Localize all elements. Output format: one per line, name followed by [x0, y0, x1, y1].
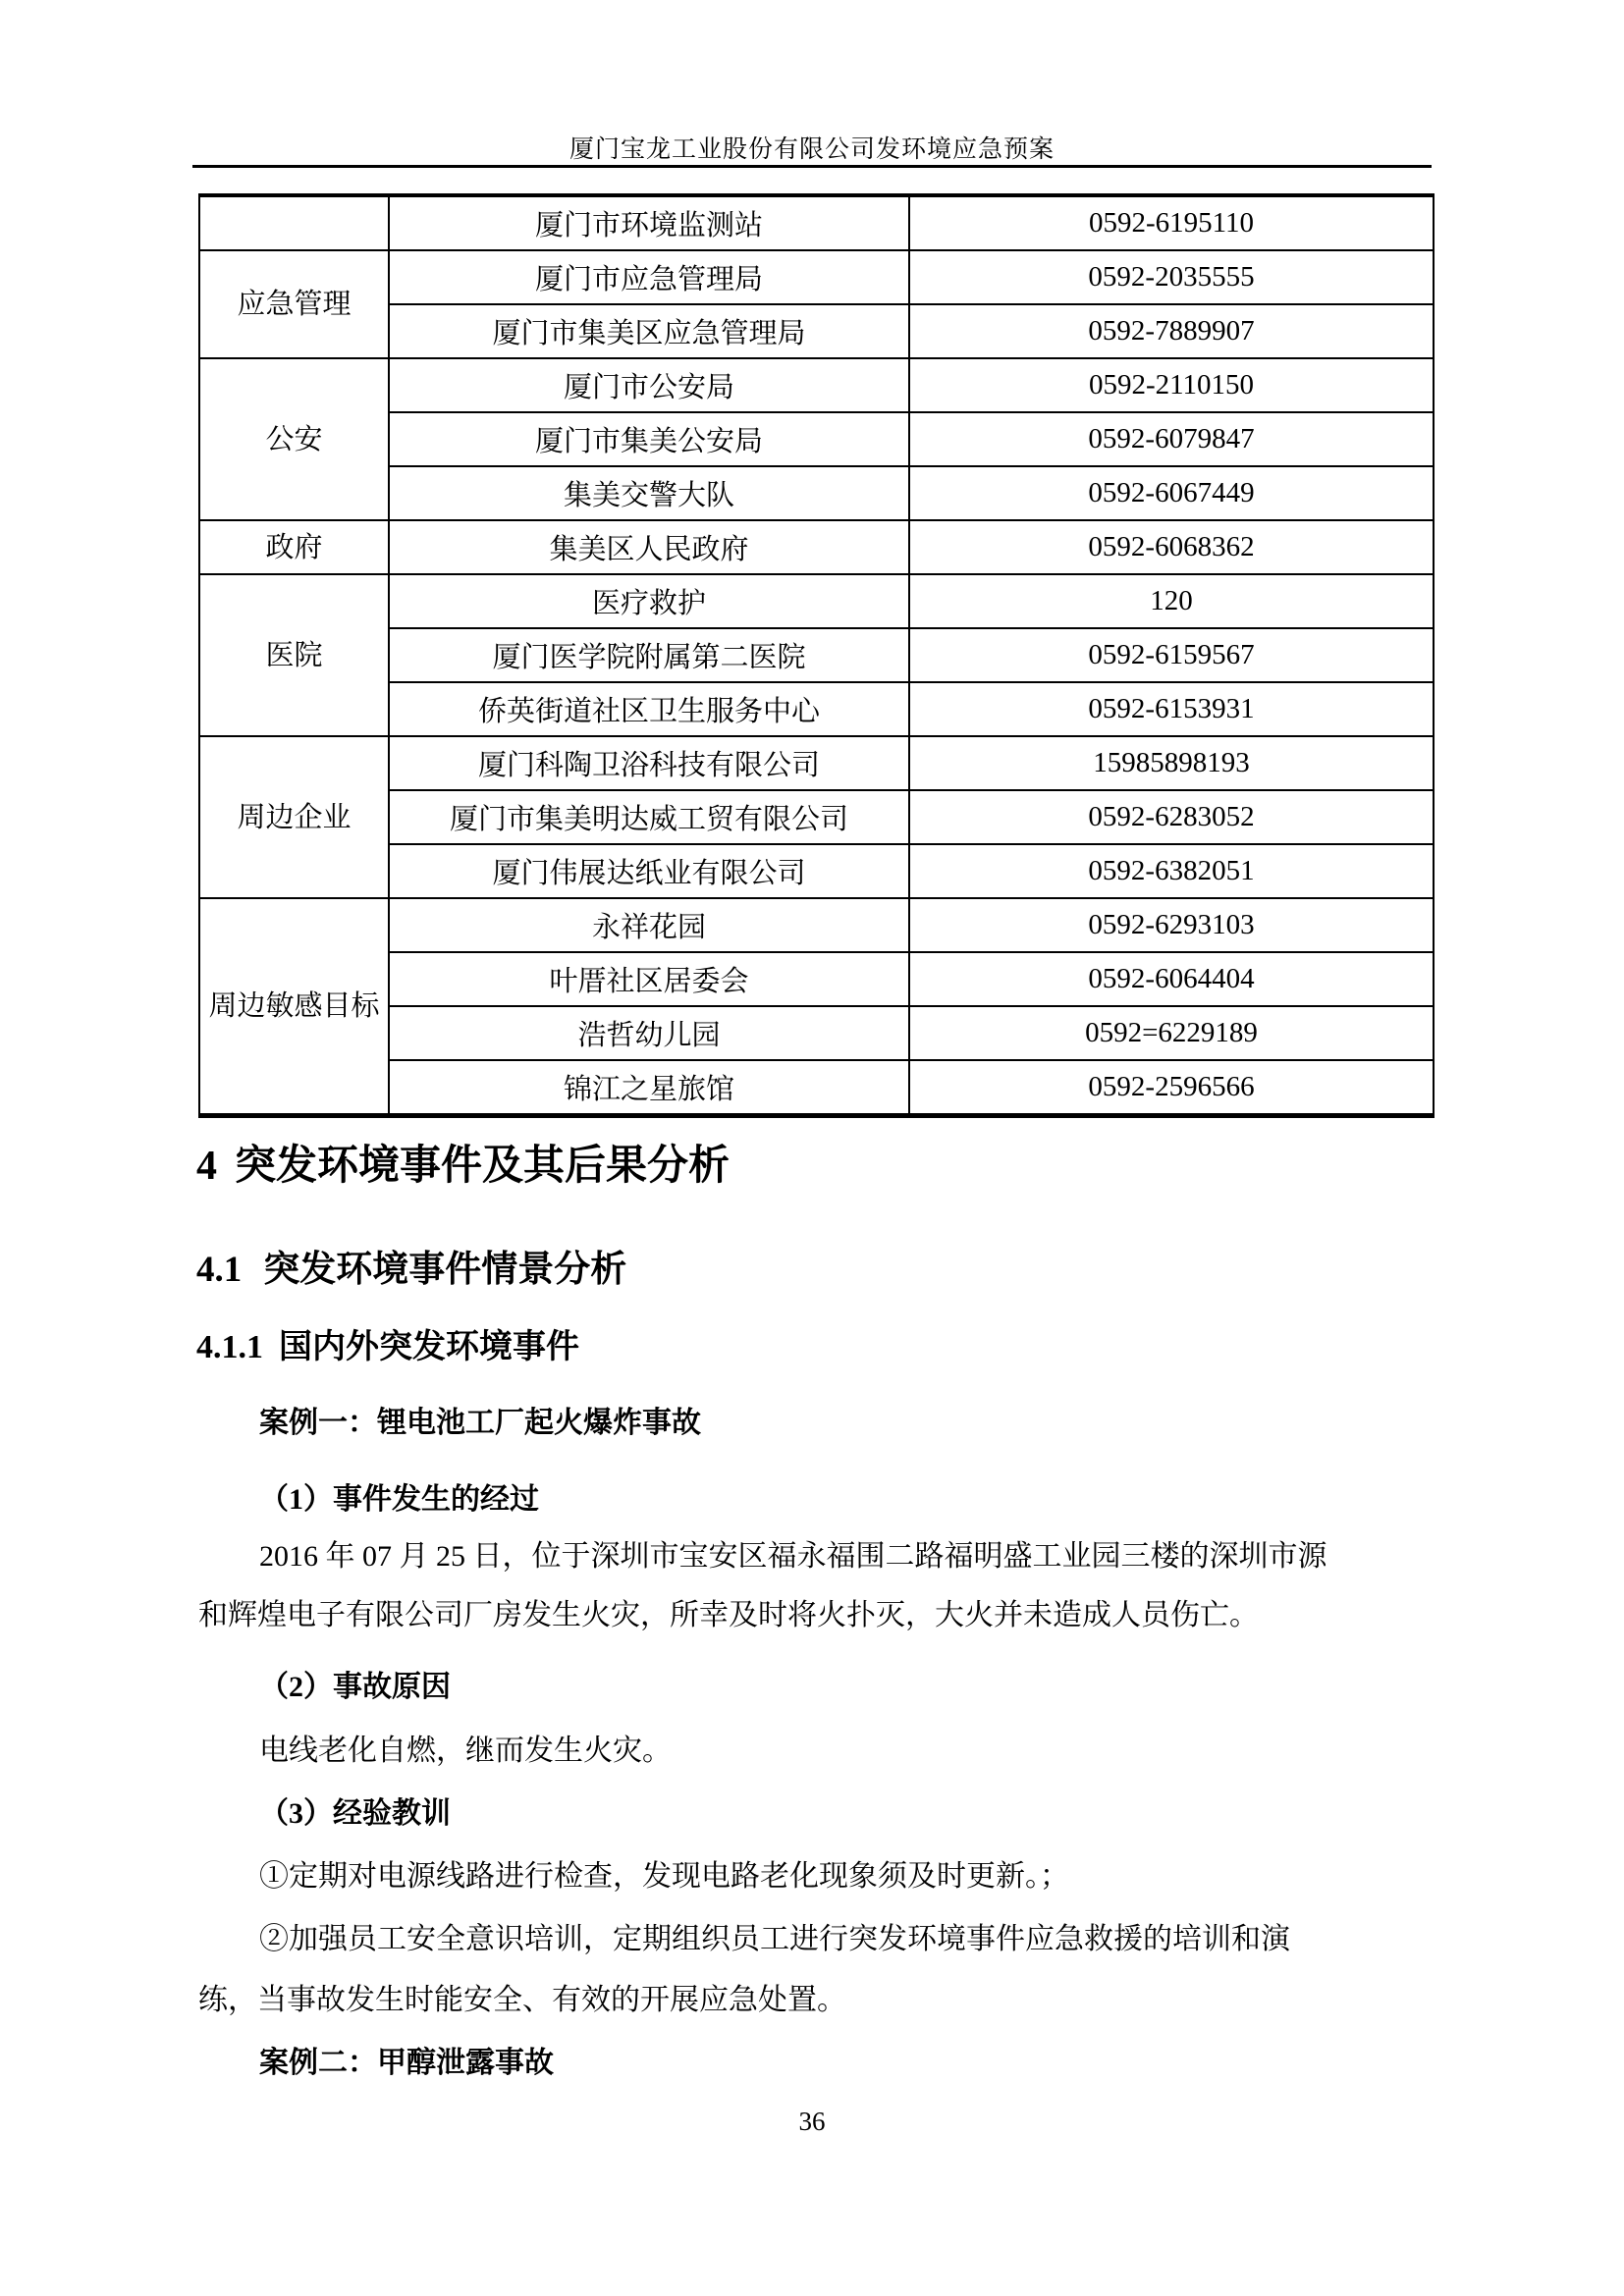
- group-cell-blank: [199, 195, 389, 250]
- lesson-item-1: ①定期对电源线路进行检查，发现电路老化现象须及时更新。；: [198, 1857, 1496, 1896]
- org-cell: 集美交警大队: [389, 466, 909, 520]
- phone-cell: 0592-2110150: [909, 358, 1434, 412]
- phone-cell: 0592-6195110: [909, 195, 1434, 250]
- section-heading-4: 4突发环境事件及其后果分析: [196, 1143, 730, 1190]
- phone-cell: 0592-6153931: [909, 682, 1434, 736]
- phone-cell: 0592-6159567: [909, 628, 1434, 682]
- phone-cell: 0592-2035555: [909, 250, 1434, 304]
- table-row: 医院 医疗救护 120: [199, 574, 1434, 628]
- phone-cell: 0592-6068362: [909, 520, 1434, 574]
- org-cell: 集美区人民政府: [389, 520, 909, 574]
- org-cell: 厦门市集美明达威工贸有限公司: [389, 790, 909, 844]
- group-cell-sensitive-targets: 周边敏感目标: [199, 898, 389, 1116]
- section-heading-4-1-1: 4.1.1国内外突发环境事件: [196, 1327, 579, 1368]
- table-row: 应急管理 厦门市应急管理局 0592-2035555: [199, 250, 1434, 304]
- section-number: 4: [196, 1144, 217, 1189]
- lesson-item-2-line-2: 练，当事故发生时能安全、有效的开展应急处置。: [198, 1981, 1435, 2020]
- emergency-contact-table: 厦门市环境监测站 0592-6195110 应急管理 厦门市应急管理局 0592…: [198, 193, 1435, 1118]
- case2-title: 案例二：甲醇泄露事故: [198, 2044, 1496, 2083]
- phone-cell: 0592-6293103: [909, 898, 1434, 952]
- org-cell: 厦门市环境监测站: [389, 195, 909, 250]
- section-title: 国内外突发环境事件: [279, 1329, 579, 1365]
- phone-cell: 0592-6064404: [909, 952, 1434, 1006]
- org-cell: 厦门科陶卫浴科技有限公司: [389, 736, 909, 790]
- table-row: 政府 集美区人民政府 0592-6068362: [199, 520, 1434, 574]
- org-cell: 厦门医学院附属第二医院: [389, 628, 909, 682]
- org-cell: 锦江之星旅馆: [389, 1060, 909, 1116]
- group-cell-nearby-enterprises: 周边企业: [199, 736, 389, 898]
- org-cell: 永祥花园: [389, 898, 909, 952]
- document-header-title: 厦门宝龙工业股份有限公司发环境应急预案: [0, 130, 1624, 165]
- case1-section1-heading: （1）事件发生的经过: [198, 1480, 1496, 1520]
- group-cell-emergency-mgmt: 应急管理: [199, 250, 389, 358]
- section-title: 突发环境事件情景分析: [263, 1250, 626, 1290]
- table-row: 周边企业 厦门科陶卫浴科技有限公司 15985898193: [199, 736, 1434, 790]
- org-cell: 厦门市应急管理局: [389, 250, 909, 304]
- case1-cause-line: 电线老化自燃，继而发生火灾。: [198, 1732, 1496, 1771]
- page-number: 36: [0, 2107, 1624, 2137]
- header-rule: [192, 165, 1432, 168]
- org-cell: 厦门市集美区应急管理局: [389, 304, 909, 358]
- section-number: 4.1: [196, 1250, 242, 1290]
- phone-cell: 0592-6067449: [909, 466, 1434, 520]
- case1-section3-heading: （3）经验教训: [198, 1794, 1496, 1834]
- group-cell-hospital: 医院: [199, 574, 389, 736]
- table-row: 周边敏感目标 永祥花园 0592-6293103: [199, 898, 1434, 952]
- phone-cell: 0592-6382051: [909, 844, 1434, 898]
- phone-cell: 0592-7889907: [909, 304, 1434, 358]
- org-cell: 厦门市公安局: [389, 358, 909, 412]
- phone-cell: 15985898193: [909, 736, 1434, 790]
- phone-cell: 0592-2596566: [909, 1060, 1434, 1116]
- table-row: 公安 厦门市公安局 0592-2110150: [199, 358, 1434, 412]
- group-cell-government: 政府: [199, 520, 389, 574]
- case1-paragraph-line-1: 2016 年 07 月 25 日，位于深圳市宝安区福永福围二路福明盛工业园三楼的…: [198, 1537, 1496, 1576]
- org-cell: 侨英街道社区卫生服务中心: [389, 682, 909, 736]
- section-title: 突发环境事件及其后果分析: [235, 1144, 730, 1189]
- case1-paragraph-line-2: 和辉煌电子有限公司厂房发生火灾，所幸及时将火扑灭，大火并未造成人员伤亡。: [198, 1596, 1435, 1635]
- case1-section2-heading: （2）事故原因: [198, 1668, 1496, 1707]
- phone-cell: 120: [909, 574, 1434, 628]
- org-cell: 厦门市集美公安局: [389, 412, 909, 466]
- table-row: 厦门市环境监测站 0592-6195110: [199, 195, 1434, 250]
- phone-cell: 0592=6229189: [909, 1006, 1434, 1060]
- org-cell: 浩哲幼儿园: [389, 1006, 909, 1060]
- phone-cell: 0592-6283052: [909, 790, 1434, 844]
- group-cell-police: 公安: [199, 358, 389, 520]
- lesson-item-2-line-1: ②加强员工安全意识培训，定期组织员工进行突发环境事件应急救援的培训和演: [198, 1920, 1496, 1959]
- section-heading-4-1: 4.1突发环境事件情景分析: [196, 1249, 626, 1292]
- document-page: 厦门宝龙工业股份有限公司发环境应急预案 厦门市环境监测站 0592-619511…: [0, 0, 1624, 2296]
- org-cell: 厦门伟展达纸业有限公司: [389, 844, 909, 898]
- org-cell: 医疗救护: [389, 574, 909, 628]
- case1-title: 案例一：锂电池工厂起火爆炸事故: [198, 1404, 1496, 1443]
- org-cell: 叶厝社区居委会: [389, 952, 909, 1006]
- phone-cell: 0592-6079847: [909, 412, 1434, 466]
- section-number: 4.1.1: [196, 1329, 263, 1365]
